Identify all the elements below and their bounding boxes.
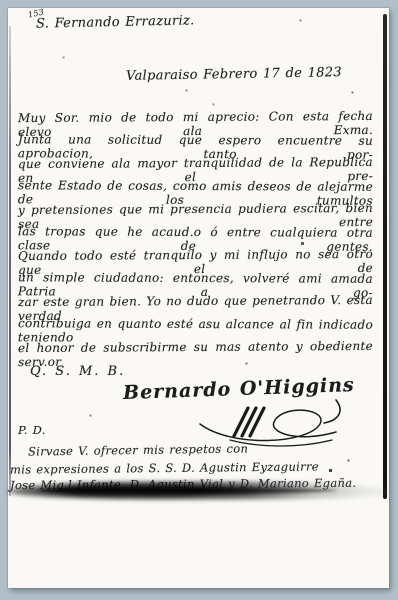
- photo-paper: 153 S. Fernando Errazuriz. Valparaiso Fe…: [8, 8, 389, 588]
- body-line: sente Estado de cosas, como amis deseos …: [18, 178, 373, 196]
- body-line: un simple ciudadano: entonces, volveré a…: [18, 270, 373, 288]
- scan-smudge-core: [38, 487, 338, 494]
- addressee-line: S. Fernando Errazuriz.: [36, 13, 195, 31]
- body-line: Muy Sor. mio de todo mi aprecio: Con est…: [18, 109, 373, 127]
- body-line: contribuiga en quanto esté asu alcance a…: [18, 316, 373, 334]
- body-line: zar este gran bien. Yo no dudo que penet…: [18, 293, 373, 311]
- postscript-line: Sirvase V. ofrecer mis respetos con: [28, 441, 248, 458]
- page-edge-right: [383, 14, 387, 499]
- dust-speckles: [8, 8, 9, 9]
- closing-line: Q. S. M. B.: [30, 364, 125, 379]
- postscript-line: mis expresiones a los S. S. D. Agustin E…: [10, 459, 319, 476]
- postscript-label: P. D.: [18, 423, 46, 437]
- body-line: que conviene ala mayor tranquilidad de l…: [18, 155, 373, 173]
- body-line: Quando todo esté tranquilo y mi influjo …: [18, 247, 373, 265]
- body-line: y pretensiones que mi presencia pudiera …: [18, 201, 373, 219]
- body-line: las tropas que he acaud.o ó entre cualqu…: [18, 224, 373, 242]
- page-edge-left: [9, 26, 11, 496]
- date-line: Valparaiso Febrero 17 de 1823: [126, 65, 342, 84]
- scanned-letter-photo: { "letter": { "folio_number": "153", "ad…: [0, 0, 398, 600]
- body-line: Junta una solicitud que espero encuentre…: [18, 132, 373, 150]
- body-line: el honor de subscribirme su mas atento y…: [18, 339, 373, 357]
